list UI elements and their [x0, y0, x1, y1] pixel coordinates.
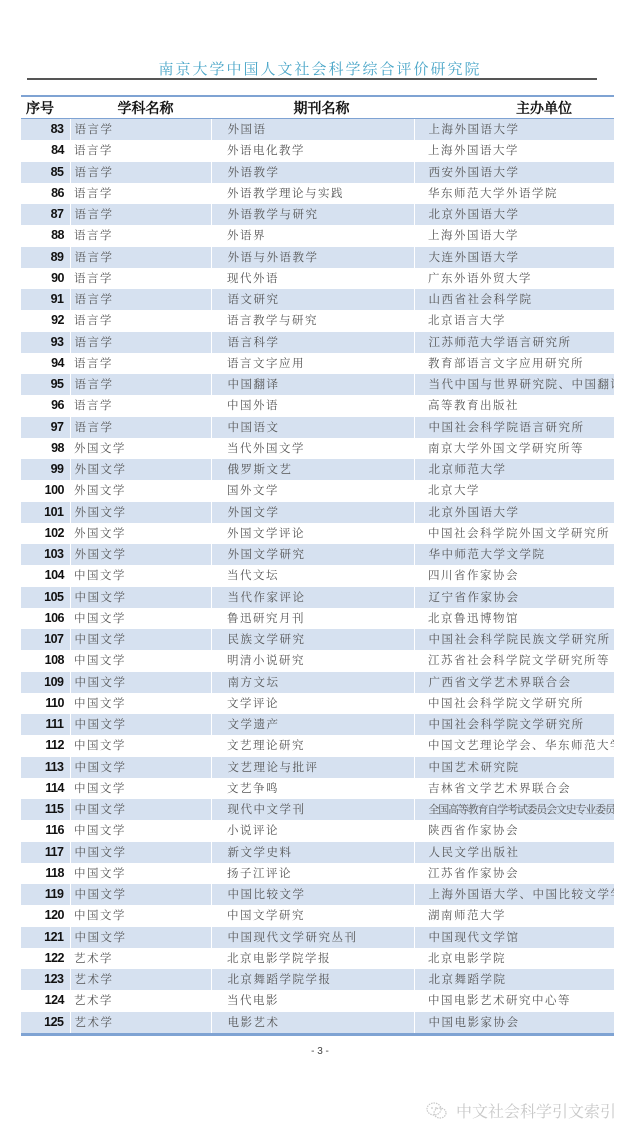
- cell-organizer: 大连外国语大学: [414, 247, 614, 268]
- cell-subject: 中国文学: [70, 608, 211, 629]
- cell-subject: 语言学: [70, 395, 211, 416]
- cell-journal: 文艺理论研究: [211, 735, 414, 756]
- journal-table-container: 序号 学科名称 期刊名称 主办单位 83语言学外国语上海外国语大学84语言学外语…: [21, 95, 614, 1036]
- cell-journal: 语言科学: [211, 332, 414, 353]
- cell-journal: 民族文学研究: [211, 629, 414, 650]
- table-row: 85语言学外语教学西安外国语大学: [21, 162, 614, 183]
- cell-organizer: 北京大学: [414, 480, 614, 501]
- cell-number: 99: [21, 459, 70, 480]
- cell-number: 87: [21, 204, 70, 225]
- cell-journal: 中国语文: [211, 417, 414, 438]
- cell-journal: 新文学史料: [211, 842, 414, 863]
- cell-number: 109: [21, 672, 70, 693]
- watermark: 中文社会科学引文索引: [426, 1099, 616, 1122]
- cell-subject: 语言学: [70, 247, 211, 268]
- cell-subject: 外国文学: [70, 523, 211, 544]
- cell-organizer: 中国艺术研究院: [414, 757, 614, 778]
- table-row: 119中国文学中国比较文学上海外国语大学、中国比较文学学会: [21, 884, 614, 905]
- table-row: 114中国文学文艺争鸣吉林省文学艺术界联合会: [21, 778, 614, 799]
- cell-subject: 中国文学: [70, 735, 211, 756]
- table-row: 91语言学语文研究山西省社会科学院: [21, 289, 614, 310]
- wechat-icon: [426, 1102, 448, 1120]
- cell-organizer: 全国高等教育自学考试委员会文史专业委员会等: [414, 799, 614, 820]
- cell-organizer: 高等教育出版社: [414, 395, 614, 416]
- table-row: 110中国文学文学评论中国社会科学院文学研究所: [21, 693, 614, 714]
- cell-journal: 外语界: [211, 225, 414, 246]
- cell-organizer: 华东师范大学外语学院: [414, 183, 614, 204]
- table-row: 101外国文学外国文学北京外国语大学: [21, 502, 614, 523]
- cell-number: 86: [21, 183, 70, 204]
- table-row: 111中国文学文学遗产中国社会科学院文学研究所: [21, 714, 614, 735]
- cell-number: 92: [21, 310, 70, 331]
- cell-subject: 外国文学: [70, 544, 211, 565]
- cell-journal: 南方文坛: [211, 672, 414, 693]
- table-row: 125艺术学电影艺术中国电影家协会: [21, 1012, 614, 1035]
- cell-organizer: 北京师范大学: [414, 459, 614, 480]
- cell-number: 102: [21, 523, 70, 544]
- cell-number: 94: [21, 353, 70, 374]
- cell-journal: 当代作家评论: [211, 587, 414, 608]
- cell-number: 106: [21, 608, 70, 629]
- table-row: 87语言学外语教学与研究北京外国语大学: [21, 204, 614, 225]
- cell-number: 119: [21, 884, 70, 905]
- cell-journal: 外语教学与研究: [211, 204, 414, 225]
- cell-subject: 艺术学: [70, 969, 211, 990]
- table-row: 104中国文学当代文坛四川省作家协会: [21, 565, 614, 586]
- cell-subject: 中国文学: [70, 672, 211, 693]
- cell-subject: 中国文学: [70, 650, 211, 671]
- cell-journal: 电影艺术: [211, 1012, 414, 1035]
- table-body: 83语言学外国语上海外国语大学84语言学外语电化教学上海外国语大学85语言学外语…: [21, 119, 614, 1035]
- cell-organizer: 江苏省社会科学院文学研究所等: [414, 650, 614, 671]
- cell-journal: 语文研究: [211, 289, 414, 310]
- page-number: - 3 -: [0, 1046, 640, 1057]
- cell-journal: 外国语: [211, 119, 414, 141]
- cell-subject: 中国文学: [70, 714, 211, 735]
- cell-number: 112: [21, 735, 70, 756]
- cell-number: 123: [21, 969, 70, 990]
- cell-subject: 中国文学: [70, 820, 211, 841]
- cell-journal: 鲁迅研究月刊: [211, 608, 414, 629]
- cell-subject: 语言学: [70, 183, 211, 204]
- cell-subject: 中国文学: [70, 842, 211, 863]
- cell-organizer: 中国现代文学馆: [414, 927, 614, 948]
- cell-organizer: 南京大学外国文学研究所等: [414, 438, 614, 459]
- table-row: 86语言学外语教学理论与实践华东师范大学外语学院: [21, 183, 614, 204]
- cell-subject: 语言学: [70, 417, 211, 438]
- table-row: 97语言学中国语文中国社会科学院语言研究所: [21, 417, 614, 438]
- cell-journal: 文艺争鸣: [211, 778, 414, 799]
- cell-subject: 语言学: [70, 162, 211, 183]
- cell-organizer: 西安外国语大学: [414, 162, 614, 183]
- cell-number: 96: [21, 395, 70, 416]
- cell-number: 90: [21, 268, 70, 289]
- table-row: 122艺术学北京电影学院学报北京电影学院: [21, 948, 614, 969]
- cell-organizer: 北京鲁迅博物馆: [414, 608, 614, 629]
- cell-subject: 外国文学: [70, 438, 211, 459]
- cell-journal: 外国文学: [211, 502, 414, 523]
- cell-subject: 中国文学: [70, 565, 211, 586]
- cell-number: 85: [21, 162, 70, 183]
- table-row: 106中国文学鲁迅研究月刊北京鲁迅博物馆: [21, 608, 614, 629]
- cell-number: 115: [21, 799, 70, 820]
- cell-organizer: 广东外语外贸大学: [414, 268, 614, 289]
- cell-journal: 小说评论: [211, 820, 414, 841]
- cell-number: 108: [21, 650, 70, 671]
- cell-journal: 中国文学研究: [211, 905, 414, 926]
- cell-organizer: 中国电影艺术研究中心等: [414, 990, 614, 1011]
- cell-organizer: 上海外国语大学: [414, 140, 614, 161]
- table-row: 115中国文学现代中文学刊全国高等教育自学考试委员会文史专业委员会等: [21, 799, 614, 820]
- table-row: 120中国文学中国文学研究湖南师范大学: [21, 905, 614, 926]
- cell-journal: 文艺理论与批评: [211, 757, 414, 778]
- cell-journal: 中国比较文学: [211, 884, 414, 905]
- cell-number: 89: [21, 247, 70, 268]
- table-row: 98外国文学当代外国文学南京大学外国文学研究所等: [21, 438, 614, 459]
- cell-number: 124: [21, 990, 70, 1011]
- cell-journal: 中国翻译: [211, 374, 414, 395]
- table-row: 99外国文学俄罗斯文艺北京师范大学: [21, 459, 614, 480]
- cell-number: 117: [21, 842, 70, 863]
- cell-number: 84: [21, 140, 70, 161]
- table-row: 121中国文学中国现代文学研究丛刊中国现代文学馆: [21, 927, 614, 948]
- cell-subject: 外国文学: [70, 459, 211, 480]
- header-divider: [27, 78, 597, 80]
- table-row: 90语言学现代外语广东外语外贸大学: [21, 268, 614, 289]
- column-header-number: 序号: [21, 96, 70, 119]
- table-row: 103外国文学外国文学研究华中师范大学文学院: [21, 544, 614, 565]
- cell-organizer: 教育部语言文字应用研究所: [414, 353, 614, 374]
- cell-number: 121: [21, 927, 70, 948]
- table-row: 102外国文学外国文学评论中国社会科学院外国文学研究所: [21, 523, 614, 544]
- cell-journal: 外国文学评论: [211, 523, 414, 544]
- table-row: 124艺术学当代电影中国电影艺术研究中心等: [21, 990, 614, 1011]
- cell-journal: 语言文字应用: [211, 353, 414, 374]
- table-row: 116中国文学小说评论陕西省作家协会: [21, 820, 614, 841]
- table-row: 96语言学中国外语高等教育出版社: [21, 395, 614, 416]
- cell-organizer: 华中师范大学文学院: [414, 544, 614, 565]
- cell-subject: 语言学: [70, 374, 211, 395]
- cell-subject: 语言学: [70, 204, 211, 225]
- cell-organizer: 上海外国语大学、中国比较文学学会: [414, 884, 614, 905]
- cell-number: 103: [21, 544, 70, 565]
- cell-organizer: 北京外国语大学: [414, 502, 614, 523]
- cell-organizer: 上海外国语大学: [414, 119, 614, 141]
- cell-subject: 中国文学: [70, 629, 211, 650]
- table-row: 84语言学外语电化教学上海外国语大学: [21, 140, 614, 161]
- cell-subject: 中国文学: [70, 778, 211, 799]
- table-row: 112中国文学文艺理论研究中国文艺理论学会、华东师范大学: [21, 735, 614, 756]
- table-row: 123艺术学北京舞蹈学院学报北京舞蹈学院: [21, 969, 614, 990]
- column-header-subject: 学科名称: [70, 96, 211, 119]
- institution-header: 南京大学中国人文社会科学综合评价研究院: [0, 58, 640, 79]
- cell-journal: 扬子江评论: [211, 863, 414, 884]
- cell-journal: 国外文学: [211, 480, 414, 501]
- table-row: 94语言学语言文字应用教育部语言文字应用研究所: [21, 353, 614, 374]
- cell-subject: 中国文学: [70, 927, 211, 948]
- cell-organizer: 中国社会科学院文学研究所: [414, 693, 614, 714]
- cell-number: 107: [21, 629, 70, 650]
- table-row: 88语言学外语界上海外国语大学: [21, 225, 614, 246]
- cell-organizer: 四川省作家协会: [414, 565, 614, 586]
- cell-subject: 中国文学: [70, 757, 211, 778]
- table-header-row: 序号 学科名称 期刊名称 主办单位: [21, 96, 614, 119]
- cell-organizer: 中国电影家协会: [414, 1012, 614, 1035]
- cell-subject: 艺术学: [70, 1012, 211, 1035]
- cell-journal: 外语教学理论与实践: [211, 183, 414, 204]
- cell-subject: 艺术学: [70, 990, 211, 1011]
- cell-organizer: 湖南师范大学: [414, 905, 614, 926]
- cell-number: 95: [21, 374, 70, 395]
- cell-number: 120: [21, 905, 70, 926]
- cell-subject: 艺术学: [70, 948, 211, 969]
- cell-subject: 外国文学: [70, 502, 211, 523]
- cell-number: 113: [21, 757, 70, 778]
- cell-subject: 中国文学: [70, 587, 211, 608]
- cell-organizer: 山西省社会科学院: [414, 289, 614, 310]
- cell-subject: 语言学: [70, 289, 211, 310]
- cell-journal: 当代外国文学: [211, 438, 414, 459]
- cell-journal: 北京电影学院学报: [211, 948, 414, 969]
- cell-number: 100: [21, 480, 70, 501]
- cell-number: 88: [21, 225, 70, 246]
- cell-journal: 外语与外语教学: [211, 247, 414, 268]
- cell-organizer: 人民文学出版社: [414, 842, 614, 863]
- table-row: 93语言学语言科学江苏师范大学语言研究所: [21, 332, 614, 353]
- table-row: 105中国文学当代作家评论辽宁省作家协会: [21, 587, 614, 608]
- cell-organizer: 中国社会科学院民族文学研究所: [414, 629, 614, 650]
- cell-subject: 中国文学: [70, 693, 211, 714]
- cell-organizer: 广西省文学艺术界联合会: [414, 672, 614, 693]
- cell-organizer: 中国文艺理论学会、华东师范大学: [414, 735, 614, 756]
- cell-subject: 语言学: [70, 310, 211, 331]
- cell-organizer: 北京语言大学: [414, 310, 614, 331]
- cell-number: 111: [21, 714, 70, 735]
- journal-table: 序号 学科名称 期刊名称 主办单位 83语言学外国语上海外国语大学84语言学外语…: [21, 95, 614, 1036]
- cell-organizer: 上海外国语大学: [414, 225, 614, 246]
- cell-number: 91: [21, 289, 70, 310]
- cell-number: 114: [21, 778, 70, 799]
- cell-journal: 中国现代文学研究丛刊: [211, 927, 414, 948]
- cell-organizer: 江苏省作家协会: [414, 863, 614, 884]
- cell-organizer: 北京电影学院: [414, 948, 614, 969]
- cell-organizer: 中国社会科学院外国文学研究所: [414, 523, 614, 544]
- cell-number: 98: [21, 438, 70, 459]
- cell-journal: 语言教学与研究: [211, 310, 414, 331]
- cell-subject: 中国文学: [70, 863, 211, 884]
- cell-subject: 中国文学: [70, 905, 211, 926]
- table-row: 117中国文学新文学史料人民文学出版社: [21, 842, 614, 863]
- cell-organizer: 辽宁省作家协会: [414, 587, 614, 608]
- cell-number: 125: [21, 1012, 70, 1035]
- cell-number: 105: [21, 587, 70, 608]
- cell-organizer: 陕西省作家协会: [414, 820, 614, 841]
- table-row: 108中国文学明清小说研究江苏省社会科学院文学研究所等: [21, 650, 614, 671]
- cell-subject: 外国文学: [70, 480, 211, 501]
- table-row: 118中国文学扬子江评论江苏省作家协会: [21, 863, 614, 884]
- cell-number: 116: [21, 820, 70, 841]
- table-row: 100外国文学国外文学北京大学: [21, 480, 614, 501]
- cell-subject: 语言学: [70, 225, 211, 246]
- cell-number: 83: [21, 119, 70, 141]
- cell-subject: 中国文学: [70, 884, 211, 905]
- table-row: 107中国文学民族文学研究中国社会科学院民族文学研究所: [21, 629, 614, 650]
- cell-journal: 外国文学研究: [211, 544, 414, 565]
- table-row: 95语言学中国翻译当代中国与世界研究院、中国翻译协会: [21, 374, 614, 395]
- cell-number: 101: [21, 502, 70, 523]
- cell-organizer: 北京外国语大学: [414, 204, 614, 225]
- cell-subject: 语言学: [70, 332, 211, 353]
- cell-number: 122: [21, 948, 70, 969]
- cell-journal: 当代电影: [211, 990, 414, 1011]
- cell-subject: 中国文学: [70, 799, 211, 820]
- cell-journal: 现代中文学刊: [211, 799, 414, 820]
- cell-journal: 当代文坛: [211, 565, 414, 586]
- cell-journal: 明清小说研究: [211, 650, 414, 671]
- cell-journal: 北京舞蹈学院学报: [211, 969, 414, 990]
- cell-subject: 语言学: [70, 353, 211, 374]
- cell-number: 118: [21, 863, 70, 884]
- table-row: 83语言学外国语上海外国语大学: [21, 119, 614, 141]
- cell-number: 97: [21, 417, 70, 438]
- cell-subject: 语言学: [70, 140, 211, 161]
- cell-journal: 中国外语: [211, 395, 414, 416]
- cell-subject: 语言学: [70, 119, 211, 141]
- cell-organizer: 中国社会科学院文学研究所: [414, 714, 614, 735]
- cell-organizer: 江苏师范大学语言研究所: [414, 332, 614, 353]
- table-row: 109中国文学南方文坛广西省文学艺术界联合会: [21, 672, 614, 693]
- cell-number: 104: [21, 565, 70, 586]
- table-row: 89语言学外语与外语教学大连外国语大学: [21, 247, 614, 268]
- cell-organizer: 中国社会科学院语言研究所: [414, 417, 614, 438]
- column-header-journal: 期刊名称: [211, 96, 414, 119]
- cell-number: 110: [21, 693, 70, 714]
- cell-organizer: 当代中国与世界研究院、中国翻译协会: [414, 374, 614, 395]
- cell-number: 93: [21, 332, 70, 353]
- cell-journal: 现代外语: [211, 268, 414, 289]
- cell-journal: 文学评论: [211, 693, 414, 714]
- watermark-text: 中文社会科学引文索引: [456, 1099, 616, 1122]
- cell-subject: 语言学: [70, 268, 211, 289]
- cell-organizer: 北京舞蹈学院: [414, 969, 614, 990]
- cell-journal: 文学遗产: [211, 714, 414, 735]
- table-row: 92语言学语言教学与研究北京语言大学: [21, 310, 614, 331]
- cell-journal: 外语教学: [211, 162, 414, 183]
- column-header-organizer: 主办单位: [414, 96, 614, 119]
- cell-organizer: 吉林省文学艺术界联合会: [414, 778, 614, 799]
- table-row: 113中国文学文艺理论与批评中国艺术研究院: [21, 757, 614, 778]
- cell-journal: 俄罗斯文艺: [211, 459, 414, 480]
- cell-journal: 外语电化教学: [211, 140, 414, 161]
